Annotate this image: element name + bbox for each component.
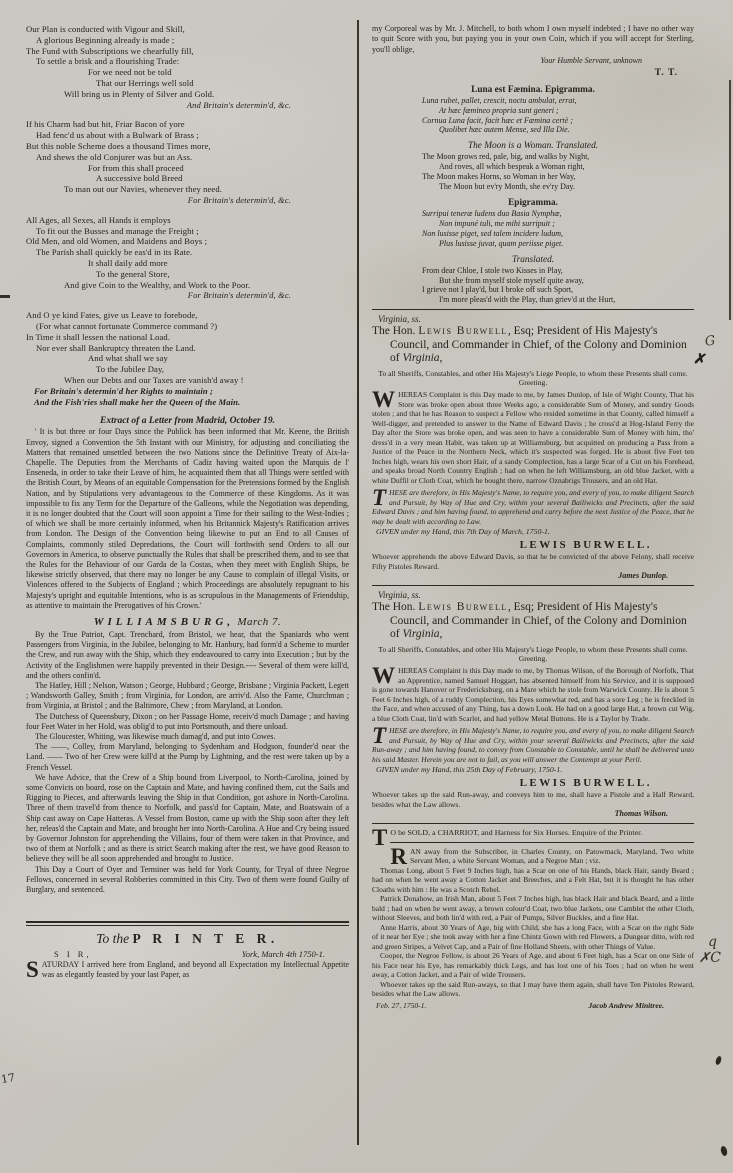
title-prefix: The Hon. [372,325,418,337]
title-colony: Virginia, [402,352,442,364]
poem-line: It shall daily add more [26,258,349,269]
whereas-paragraph: WHEREAS Complaint is this Day made to me… [372,390,694,485]
ad-dropcap: T [372,828,390,847]
ad-dropcap: R [390,847,410,866]
verse-line: The Moon makes Horns, so Woman in her Wa… [422,172,694,182]
ad-dateline-row: Feb. 27, 1750-1.Jacob Andrew Minitree. [372,1001,694,1010]
these-text: HESE are therefore, in His Majesty's Nam… [372,488,694,526]
letter-continuation-section: my Corporeal was by Mr. J. Mitchell, to … [372,24,694,79]
poem-refrain: For Britain's determin'd, &c. [26,195,349,206]
margin-mark-q: q [708,934,717,950]
newspaper-page: Our Plan is conducted with Vigour and Sk… [0,0,733,1173]
williamsburg-news-section: WILLIAMSBURG, March 7. By the True Patri… [26,616,349,895]
poem-stanza-1: Our Plan is conducted with Vigour and Sk… [26,24,349,110]
these-dropcap: T [372,488,389,507]
poem-line: If his Charm had but hit, Friar Bacon of… [26,119,349,130]
news-paragraph: The Dutchess of Queensbury, Dixon ; on h… [26,712,349,732]
verse-line: And roves, all which bespeak a Woman rig… [422,162,694,172]
verse-line: Non lusisse piget, sed talem incidere lu… [422,229,694,239]
proclamation-title: The Hon. Lewis Burwell, Esq; President o… [372,601,694,642]
poem-line: To fit out the Busses and manage the Fre… [26,226,349,237]
verse-line: The Moon but ev'ry Month, she ev'ry Day. [422,182,694,192]
runaway-description: Patrick Donahow, an Irish Man, about 5 F… [372,894,694,923]
williamsburg-date: March 7. [234,616,281,628]
reward-paragraph: Whoever apprehends the above Edward Davi… [372,552,694,571]
to-the-printer-heading: To the P R I N T E R. [26,931,349,947]
poem-line: Our Plan is conducted with Vigour and Sk… [26,24,349,35]
margin-mark-g: G [704,333,716,349]
whereas-dropcap: W [372,666,398,685]
williamsburg-name: WILLIAMSBURG, [94,616,234,628]
poem-stanza-4: And O ye kind Fates, give us Leave to fo… [26,310,349,407]
margin-mark-cross: ✗ [693,349,709,369]
ad-date: Feb. 27, 1750-1. [372,1001,426,1010]
to-the-printer-section: To the P R I N T E R. S I R,York, March … [26,921,349,980]
poem-line: When our Debts and our Taxes are vanish'… [26,375,349,386]
news-paragraph: We have Advice, that the Crew of a Ship … [26,773,349,865]
poem-line: To the Jubilee Day, [26,364,349,375]
verse-line: Surripui teneræ ludens duo Basia Nymphæ, [422,209,694,219]
news-paragraph: The Hatley, Hill ; Nelson, Watson ; Geor… [26,681,349,712]
left-column: Our Plan is conducted with Vigour and Sk… [26,24,349,981]
runaway-ad-intro: RAN away from the Subscriber, in Charles… [372,847,694,866]
epigram-2-heading: Epigramma. [372,198,694,208]
proclamation-davis-section: Virginia, ss. The Hon. Lewis Burwell, Es… [372,314,694,581]
madrid-letter-body: ' It is but three or four Days since the… [26,427,349,611]
whereas-dropcap: W [372,390,398,409]
poem-line: And give Coin to the Wealthy, and Work t… [26,280,349,291]
burwell-signature: LEWIS BURWELL. [372,777,694,789]
proclamation-title: The Hon. Lewis Burwell, Esq; President o… [372,325,694,366]
proclamation-hoggart-section: Virginia, ss. The Hon. Lewis Burwell, Es… [372,590,694,819]
double-rule [26,921,349,926]
proclamation-address: To all Sheriffs, Constables, and other H… [372,645,694,664]
translation-2-section: Translated. From dear Chloe, I stole two… [372,255,694,306]
margin-page-number: 17 [0,1071,16,1086]
poem-line: Will bring us in Plenty of Silver and Go… [26,89,349,100]
title-name: Lewis Burwell [418,325,508,337]
these-text: HESE are therefore, in His Majesty's Nam… [372,726,694,764]
poem-line: And shews the old Conjurer was but an As… [26,152,349,163]
letter-body: SATURDAY I arrived here from England, an… [26,960,349,980]
poem-line: (For what cannot fortunate Commerce comm… [26,321,349,332]
verse-line: At hæc fæmineo propria sunt generi ; [422,106,694,116]
title-name: Lewis Burwell [418,601,508,613]
virginia-ss-place: Virginia, ss. [372,590,694,600]
given-under-hand-line: GIVEN under my Hand, this 7th Day of Mar… [372,527,694,537]
poem-refrain: For Britain's determin'd, &c. [26,290,349,301]
poem-refrain: And the Fish'ries shall make her the Que… [26,397,349,408]
york-dateline: York, March 4th 1750-1. [242,949,349,959]
subscriber-signature: Jacob Andrew Minitree. [589,1001,694,1010]
sir-salutation: S I R, [26,949,92,959]
poem-line: That our Herrings well sold [26,78,349,89]
title-prefix: The Hon. [372,601,418,613]
whereas-text: HEREAS Complaint is this Day made to me,… [372,390,694,485]
scan-edge-tick [0,295,10,298]
translation-1-section: The Moon is a Woman. Translated. The Moo… [372,141,694,192]
section-rule [372,823,694,824]
williamsburg-dateline-heading: WILLIAMSBURG, March 7. [26,616,349,628]
latin-epigram-2-section: Epigramma. Surripui teneræ ludens duo Ba… [372,198,694,249]
news-paragraph: The Gloucester, Whiting, was likewise mu… [26,732,349,742]
letter-closing: Your Humble Servant, unknown [372,56,694,67]
verse-line: From dear Chloe, I stole two Kisses in P… [422,266,694,276]
poem-line: Nor ever shall Bankruptcy threaten the L… [26,343,349,354]
translation-2-verse: From dear Chloe, I stole two Kisses in P… [372,266,694,306]
salutation-line: S I R,York, March 4th 1750-1. [26,949,349,959]
poem-stanza-2: If his Charm had but hit, Friar Bacon of… [26,119,349,205]
complainant-signature: Thomas Wilson. [372,809,694,819]
poem-line: A glorious Beginning already is made ; [26,35,349,46]
charriot-for-sale-ad: TO be SOLD, a CHARRIOT, and Harness for … [372,828,694,838]
ad-intro-text: AN away from the Subscriber, in Charles … [410,847,694,866]
madrid-letter-heading: Extract of a Letter from Madrid, October… [26,416,349,426]
letter-text: ATURDAY I arrived here from England, and… [42,960,349,979]
heading-printer: P R I N T E R. [133,931,279,946]
right-column: my Corporeal was by Mr. J. Mitchell, to … [372,24,694,1018]
verse-line: But she from myself stole myself quite a… [422,276,694,286]
verse-line: I grieve not I play'd, but I broke off s… [422,285,694,295]
complainant-signature: James Dunlop. [372,571,694,581]
proclamation-address: To all Sheriffs, Constables, and other H… [372,369,694,388]
poem-line: In Time it shall lessen the national Loa… [26,332,349,343]
poem-stanza-3: All Ages, all Sexes, all Hands it employ… [26,215,349,301]
section-rule [372,309,694,310]
whereas-text: HEREAS Complaint is this Day made to me,… [372,666,694,723]
epigram-1-verse: Luna rubet, pallet, crescit, noctu ambul… [372,96,694,136]
letter-dropcap: S [26,960,42,979]
verse-line: Luna rubet, pallet, crescit, noctu ambul… [422,96,694,106]
whereas-paragraph: WHEREAS Complaint is this Day made to me… [372,666,694,723]
translation-2-heading: Translated. [372,255,694,265]
poem-line: To settle a brisk and a flourishing Trad… [26,56,349,67]
ink-blot [720,1145,728,1156]
epigram-2-verse: Surripui teneræ ludens duo Basia Nymphæ,… [372,209,694,249]
these-dropcap: T [372,726,389,745]
verse-line: I'm more pleas'd with the Play, than gri… [422,295,694,305]
ink-blot [715,1055,723,1065]
letter-signature: T. T. [372,67,694,79]
poem-line: A successive bold Breed [26,173,349,184]
poem-line: But this noble Scheme does a thousand Ti… [26,141,349,152]
translation-1-heading: The Moon is a Woman. Translated. [372,141,694,151]
letter-continuation-body: my Corporeal was by Mr. J. Mitchell, to … [372,24,694,55]
poem-line: Had fenc'd us about with a Bulwark of Br… [26,130,349,141]
poem-refrain: And Britain's determin'd, &c. [26,100,349,111]
verse-line: The Moon grows red, pale, big, and walks… [422,152,694,162]
poem-line: To the general Store, [26,269,349,280]
poem-line: For we need not be told [26,67,349,78]
poem-refrain: For Britain's determin'd her Rights to m… [26,386,349,397]
ad-text: O be SOLD, a CHARRIOT, and Harness for S… [390,828,642,837]
poem-line: All Ages, all Sexes, all Hands it employ… [26,215,349,226]
scan-edge-line [729,80,731,320]
section-rule [372,585,694,586]
given-under-hand-line: GIVEN under my Hand, this 25th Day of Fe… [372,765,694,775]
translation-1-verse: The Moon grows red, pale, big, and walks… [372,152,694,192]
verse-line: Non impuné tuli, me mihi surripuit ; [422,219,694,229]
poem-line: The Parish shall quickly be eas'd in its… [26,247,349,258]
runaway-description: Anne Harris, about 30 Years of Age, big … [372,923,694,952]
runaway-description: Cooper, the Negroe Fellow, is about 26 Y… [372,951,694,980]
reward-paragraph: Whoever takes up the said Run-away, and … [372,790,694,809]
epigram-1-heading: Luna est Fæmina. Epigramma. [372,85,694,95]
poem-line: For from this shall proceed [26,163,349,174]
latin-epigram-1-section: Luna est Fæmina. Epigramma. Luna rubet, … [372,85,694,136]
these-paragraph: THESE are therefore, in His Majesty's Na… [372,488,694,526]
news-paragraph: By the True Patriot, Capt. Trenchard, fr… [26,630,349,681]
margin-mark-xc: ✗C [699,950,721,966]
virginia-ss-place: Virginia, ss. [372,314,694,324]
verse-line: Cornua Luna facit, facit hæc et Fæmina c… [422,116,694,126]
section-rule [390,842,694,843]
poem-line: And O ye kind Fates, give us Leave to fo… [26,310,349,321]
ballad-poem-section: Our Plan is conducted with Vigour and Sk… [26,24,349,407]
runaway-reward: Whoever takes up the said Run-aways, so … [372,980,694,999]
heading-to-the: To the [96,931,129,946]
poem-line: To man out our Navies, whenever they nee… [26,184,349,195]
column-divider-rule [357,20,359,1145]
verse-line: Plus lusisse juvat, quam periisse piget. [422,239,694,249]
news-paragraph: This Day a Court of Oyer and Terminer wa… [26,865,349,896]
poem-line: Old Men, and old Women, and Maidens and … [26,236,349,247]
runaway-description: Thomas Long, about 5 Feet 9 Inches high,… [372,866,694,895]
news-paragraph: The ——, Colley, from Maryland, belonging… [26,742,349,773]
title-colony: Virginia, [402,628,442,640]
madrid-letter-section: Extract of a Letter from Madrid, October… [26,416,349,611]
charriot-ad-body: TO be SOLD, a CHARRIOT, and Harness for … [372,828,694,838]
burwell-signature: LEWIS BURWELL. [372,539,694,551]
runaway-servants-ad: RAN away from the Subscriber, in Charles… [372,847,694,1010]
verse-line: Quolibet hæc autem Mense, sed Illa Die. [422,125,694,135]
poem-line: And what shall we say [26,353,349,364]
these-paragraph: THESE are therefore, in His Majesty's Na… [372,726,694,764]
poem-line: The Fund with Subscriptions we chearfull… [26,46,349,57]
